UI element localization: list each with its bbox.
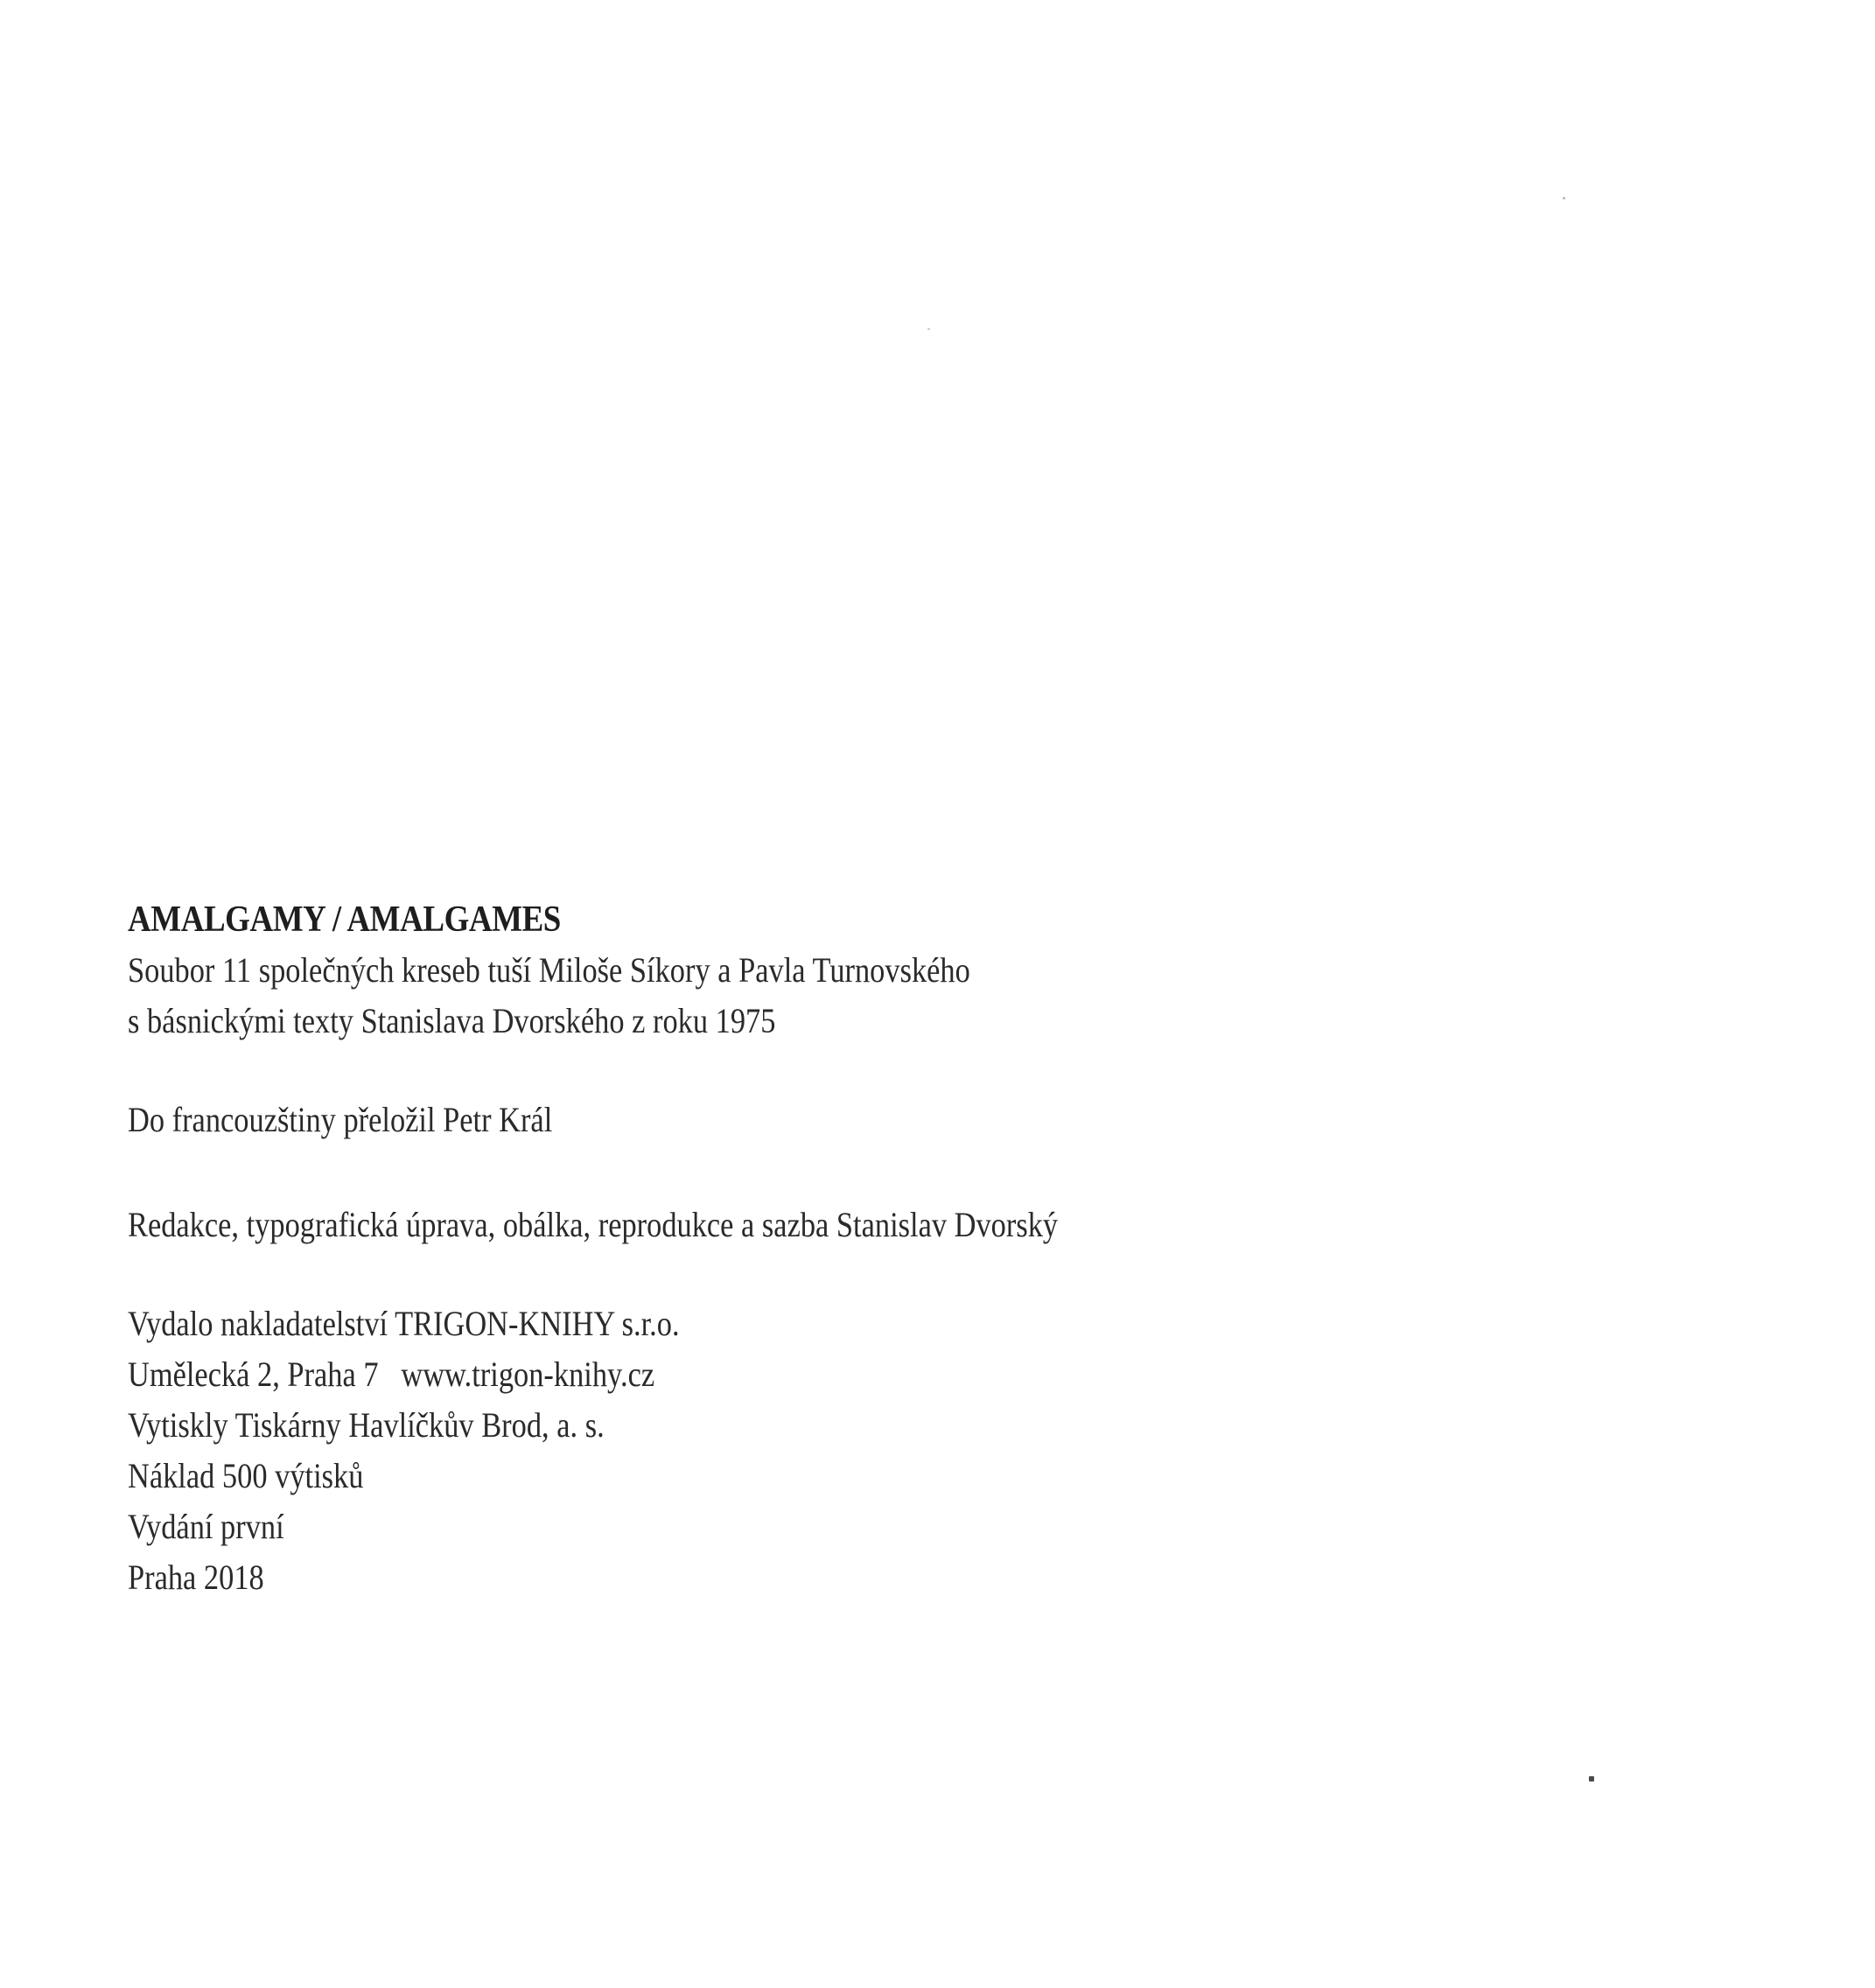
scan-speck xyxy=(1563,197,1565,199)
colophon: AMALGAMY / AMALGAMES Soubor 11 společnýc… xyxy=(128,894,1615,1603)
spacer xyxy=(128,1046,1615,1095)
translation-credit: Do francouzštiny přeložil Petr Král xyxy=(128,1095,1407,1145)
publisher-name: Vydalo nakladatelství TRIGON-KNIHY s.r.o… xyxy=(128,1298,1407,1349)
description-line-1: Soubor 11 společných kreseb tuší Miloše … xyxy=(128,945,1407,996)
book-title: AMALGAMY / AMALGAMES xyxy=(128,894,1437,945)
description-line-2: s básnickými texty Stanislava Dvorského … xyxy=(128,996,1407,1046)
scan-speck xyxy=(1589,1776,1594,1781)
printer-credit: Vytiskly Tiskárny Havlíčkův Brod, a. s. xyxy=(128,1400,1407,1451)
spacer xyxy=(128,1145,1615,1200)
editorial-credit: Redakce, typografická úprava, obálka, re… xyxy=(128,1200,1407,1250)
spacer xyxy=(128,1250,1615,1298)
publisher-address: Umělecká 2, Praha 7 www.trigon-knihy.cz xyxy=(128,1349,1407,1400)
edition: Vydání první xyxy=(128,1501,1407,1552)
place-and-year: Praha 2018 xyxy=(128,1552,1407,1603)
print-run: Náklad 500 výtisků xyxy=(128,1451,1407,1501)
scan-speck xyxy=(927,328,930,330)
